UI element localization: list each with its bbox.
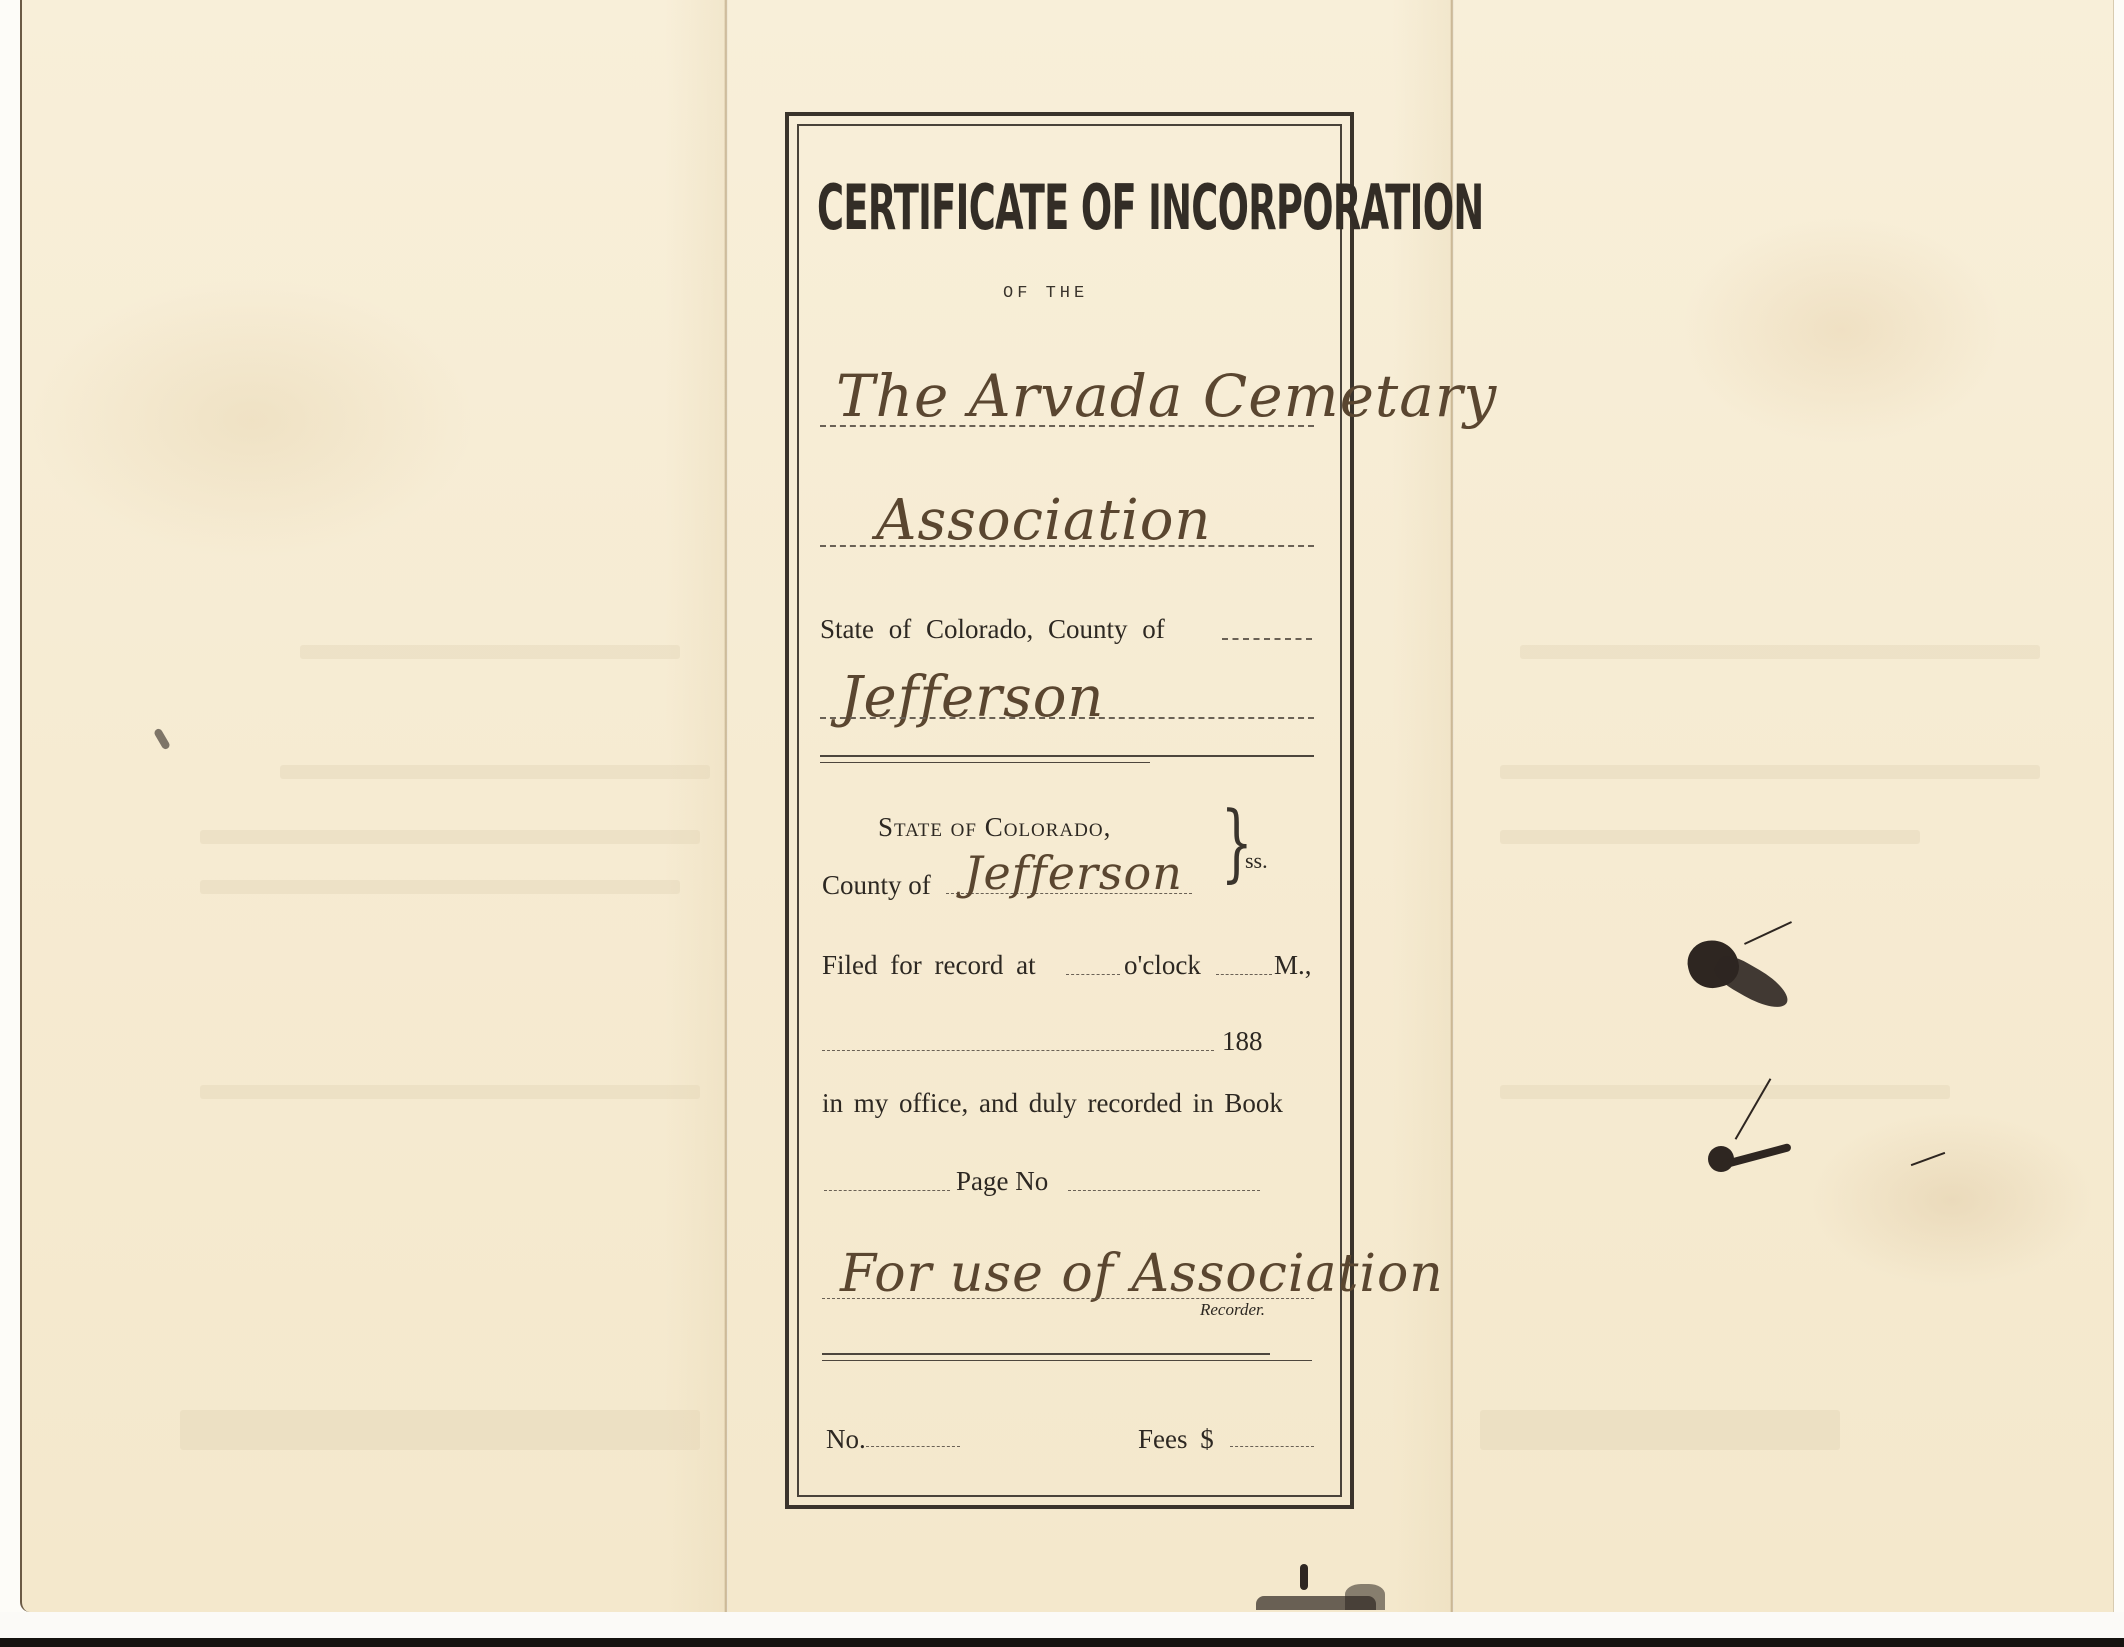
county-prompt-label: State of Colorado, County of — [820, 614, 1165, 644]
recorder-label: Recorder. — [1200, 1300, 1265, 1320]
state-label: State of Colorado, — [878, 812, 1111, 842]
handwritten-organization-name-2: Association — [876, 488, 1212, 553]
separator-line — [820, 755, 1314, 757]
dotted-line — [1068, 1190, 1260, 1191]
dotted-line — [822, 1050, 1214, 1051]
show-through-text — [280, 765, 710, 779]
county-label: County of — [822, 870, 931, 900]
show-through-text — [200, 1085, 700, 1099]
handwritten-county-2: Jefferson — [964, 846, 1183, 900]
dotted-line — [820, 717, 1314, 719]
dotted-line — [866, 1446, 960, 1447]
show-through-text — [1520, 645, 2040, 659]
handwritten-county: Jefferson — [840, 665, 1104, 730]
ink-stain — [1345, 1584, 1385, 1610]
show-through-text — [1500, 830, 1920, 844]
show-through-text — [300, 645, 680, 659]
fees-label: Fees $ — [1138, 1424, 1214, 1454]
meridiem-label: M., — [1274, 950, 1312, 980]
fold-shadow — [665, 0, 725, 1612]
separator-line — [822, 1360, 1312, 1361]
show-through-text — [1500, 765, 2040, 779]
subtitle-of-the: OF THE — [1003, 284, 1088, 303]
dotted-line — [1222, 638, 1312, 640]
certificate-title: CERTIFICATE OF INCORPORATION — [817, 176, 1313, 240]
scanned-document: CERTIFICATE OF INCORPORATION OF THE The … — [0, 0, 2124, 1647]
fold-line-left — [724, 0, 728, 1612]
show-through-text — [200, 880, 680, 894]
dotted-line — [1216, 974, 1272, 975]
dotted-line — [1066, 974, 1120, 975]
filed-for-record-label: Filed for record at — [822, 950, 1036, 980]
ss-label: ss. — [1245, 848, 1268, 874]
separator-line — [820, 762, 1150, 763]
year-prefix: 188 — [1222, 1026, 1263, 1056]
show-through-text — [200, 830, 700, 844]
oclock-label: o'clock — [1124, 950, 1201, 980]
handwritten-organization-name: The Arvada Cemetary — [836, 362, 1497, 430]
show-through-text — [1500, 1085, 1950, 1099]
office-recorded-label: in my office, and duly recorded in Book — [822, 1088, 1283, 1118]
dotted-line — [820, 545, 1314, 547]
dotted-line — [822, 1298, 1314, 1299]
separator-line — [822, 1353, 1270, 1355]
ink-drip — [1300, 1564, 1308, 1590]
page-no-label: Page No — [956, 1166, 1048, 1196]
number-label: No. — [826, 1424, 866, 1454]
show-through-text — [180, 1410, 700, 1450]
dotted-line — [820, 425, 1314, 427]
dotted-line — [824, 1190, 950, 1191]
dotted-line — [1230, 1446, 1314, 1447]
show-through-text — [1480, 1410, 1840, 1450]
scanner-margin — [0, 1612, 2124, 1638]
scanner-edge — [0, 1638, 2124, 1647]
handwritten-recorder: For use of Association — [840, 1244, 1444, 1304]
